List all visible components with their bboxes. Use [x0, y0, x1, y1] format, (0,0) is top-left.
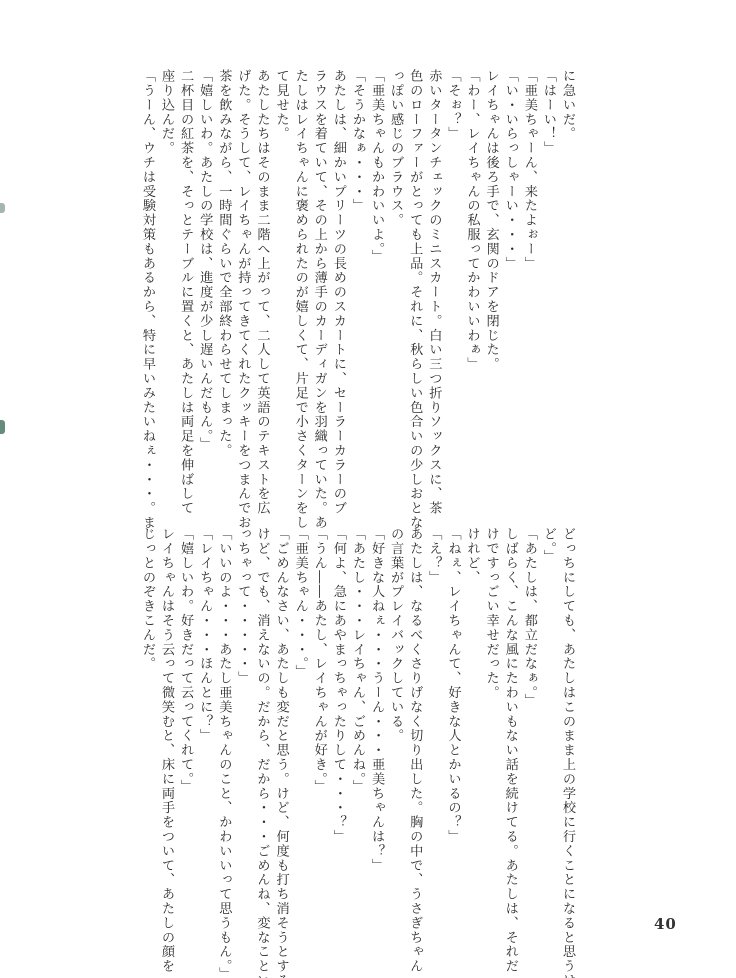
text-line: っちゃって・・・・・」: [233, 527, 252, 947]
text-line: レイちゃんは後ろ手で、玄関のドアを閉じた。: [482, 69, 501, 489]
text-line: の言葉がプレイバックしている。: [386, 527, 405, 947]
text-line: あたしは、なるべくさりげなく切り出した。胸の中で、うさぎちゃん: [405, 527, 424, 947]
text-line: 「亜美ちゃーん、来たよぉー」: [520, 69, 539, 489]
text-line: たしはレイちゃんに褒められたのが嬉しくて、片足で小さくターンをし: [291, 69, 310, 489]
text-line: 「いいのよ・・・あたし亜美ちゃんのこと、かわいいって思うもん。」: [214, 527, 233, 947]
text-line: ラウスを着ていて、その上から薄手のカーディガンを羽織っていた。あ: [310, 69, 329, 489]
text-line: 「レイちゃん・・・ほんとに？」: [195, 527, 214, 947]
text-line: けど、でも、消えないの。だから、だから・・・ごめんね、変なことい: [252, 527, 271, 947]
text-line: 「うーん、ウチは受験対策もあるから、特に早いみたいねぇ・・・。ま: [138, 69, 157, 489]
text-line: て見せた。: [272, 69, 291, 489]
text-line: 「亜美ちゃんもかわいいよ。」: [367, 69, 386, 489]
text-line: 「何よ、急にあやまっちゃったりして・・・？」: [329, 527, 348, 947]
text-line: けれど、: [462, 527, 481, 947]
text-line: 「うん――あたし、レイちゃんが好き。」: [310, 527, 329, 947]
page-edge-mark: [0, 203, 5, 213]
text-line: レイちゃんはそう云って微笑むと、床に両手をついて、あたしの顔を: [157, 527, 176, 947]
text-line: 「はーい！」: [539, 69, 558, 489]
page-edge-mark: [0, 420, 5, 434]
text-line: 二杯目の紅茶を、そっとテーブルに置くと、あたしは両足を伸ばして: [176, 69, 195, 489]
text-line: 「あたしは、都立だなぁ。」: [520, 527, 539, 947]
text-line: 赤いタータンチェックのミニスカート。白い三つ折りソックスに、茶: [424, 69, 443, 489]
text-line: 「ごめんなさい、あたしも変だと思う。けど、何度も打ち消そうとする: [272, 527, 291, 947]
text-line: 「そぉ？」: [443, 69, 462, 489]
text-line: 「そうかなぁ・・・」: [348, 69, 367, 489]
text-line: 茶を飲みながら、一時間ぐらいで全部終わらせてしまった。: [214, 69, 233, 489]
text-line: ど。」: [539, 527, 558, 947]
text-line: 座り込んだ。: [157, 69, 176, 489]
text-line: けですっごい幸せだった。: [482, 527, 501, 947]
text-line: 「あたし・・・レイちゃん、ごめんね。」: [348, 527, 367, 947]
text-line: 「い・いらっしゃーい・・・」: [501, 69, 520, 489]
text-line: っぽい感じのブラウス。: [386, 69, 405, 489]
text-line: 「え？」: [424, 527, 443, 947]
text-line: しばらく、こんな風にたわいもない話を続けてる。あたしは、それだ: [501, 527, 520, 947]
text-line: 「ねぇ、レイちゃんて、好きな人とかいるの？」: [443, 527, 462, 947]
text-line: に急いだ。: [558, 69, 577, 489]
text-line: じっとのぞきこんだ。: [138, 527, 157, 947]
text-block-bottom: どっちにしても、あたしはこのまま上の学校に行くことになると思うけど。」「あたしは…: [138, 527, 577, 947]
text-line: あたしたちはそのまま二階へ上がって、二人して英語のテキストを広: [252, 69, 271, 489]
text-line: 「わー、レイちゃんの私服ってかわいいわぁ」: [462, 69, 481, 489]
text-line: げた。そうして、レイちゃんが持ってきてくれたクッキーをつまんでお: [233, 69, 252, 489]
text-line: 「亜美ちゃん・・・。」: [291, 527, 310, 947]
text-line: 色のローファーがとっても上品。それに、秋らしい色合いの少しおとな: [405, 69, 424, 489]
text-line: 「好きな人ねぇ・・・うーん・・・亜美ちゃんは？」: [367, 527, 386, 947]
book-page: に急いだ。「はーい！」「亜美ちゃーん、来たよぉー」「い・いらっしゃーい・・・」レ…: [0, 0, 736, 978]
text-line: あたしは、細かいプリーツの長めのスカートに、セーラーカラーのブ: [329, 69, 348, 489]
text-block-top: に急いだ。「はーい！」「亜美ちゃーん、来たよぉー」「い・いらっしゃーい・・・」レ…: [138, 69, 577, 489]
page-number: 40: [654, 915, 677, 933]
text-line: 「嬉しいわ。あたしの学校は、進度が少し遅いんだもん。」: [195, 69, 214, 489]
text-line: どっちにしても、あたしはこのまま上の学校に行くことになると思うけ: [558, 527, 577, 947]
text-line: 「嬉しいわ。好きだって云ってくれて。」: [176, 527, 195, 947]
